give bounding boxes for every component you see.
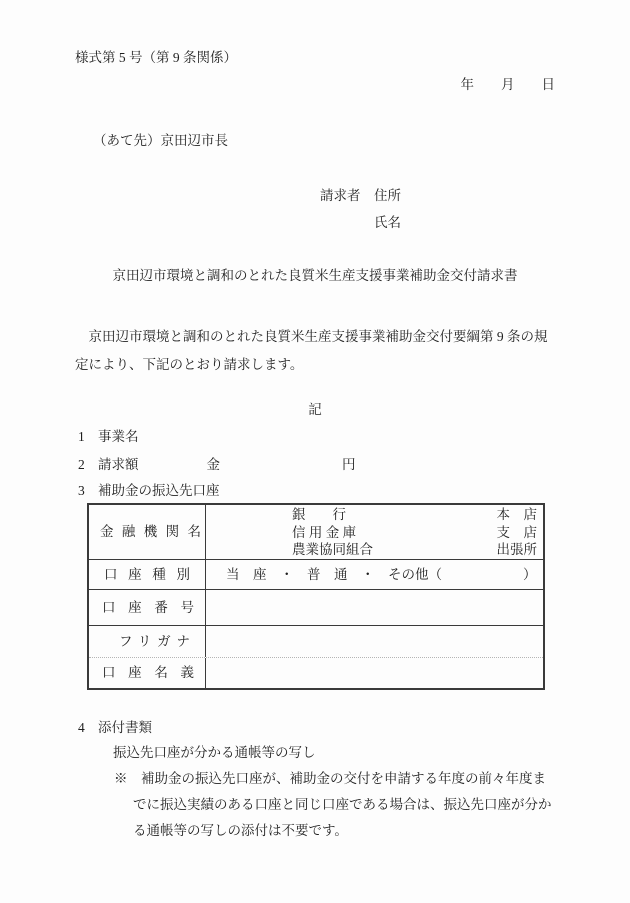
financial-institution-field: 銀 行 本 店 信 用 金 庫 支 店 農業協同組合 出張所 [206, 505, 543, 559]
body-paragraph-line2: 定により、下記のとおり請求します。 [75, 351, 555, 379]
body-paragraph-line1: 京田辺市環境と調和のとれた良質米生産支援事業補助金交付要綱第 9 条の規 [75, 323, 555, 351]
note-line1: ※ 補助金の振込先口座が、補助金の交付を申請する年度の前々年度ま [114, 766, 555, 792]
amount-suffix-yen: 円 [342, 456, 356, 474]
body-paragraph: 京田辺市環境と調和のとれた良質米生産支援事業補助金交付要綱第 9 条の規 定によ… [75, 323, 555, 379]
label-furigana: フリガナ [89, 626, 206, 657]
amount-prefix-kin: 金 [207, 456, 221, 474]
item-label: 添付書類 [98, 719, 152, 737]
attachment-note: ※ 補助金の振込先口座が、補助金の交付を申請する年度の前々年度ま でに振込実績の… [75, 766, 555, 844]
list-item-business-name: 1 事業名 [75, 428, 555, 446]
form-number: 様式第 5 号（第 9 条関係） [75, 49, 555, 67]
item-number: 4 [75, 719, 98, 737]
requester-address-label: 請求者 住所 [320, 187, 555, 205]
label-account-type: 口座種別 [89, 560, 206, 589]
item-number: 3 [75, 482, 98, 500]
table-row-account-number: 口座番号 [89, 589, 543, 625]
account-name-field [206, 658, 543, 688]
institution-option-shinkin: 信 用 金 庫 支 店 [292, 524, 537, 542]
table-row-furigana: フリガナ [89, 625, 543, 657]
document-page: 様式第 5 号（第 9 条関係） 年 月 日 （あて先）京田辺市長 請求者 住所… [0, 0, 630, 903]
item-number: 2 [75, 456, 98, 474]
addressee: （あて先）京田辺市長 [93, 132, 555, 150]
label-financial-institution: 金融機関名 [89, 505, 206, 559]
list-item-transfer-account: 3 補助金の振込先口座 [75, 482, 555, 500]
list-item-attachments: 4 添付書類 [75, 719, 555, 737]
bank-account-table: 金融機関名 銀 行 本 店 信 用 金 庫 支 店 農業協同組合 出張所 口座種… [87, 503, 545, 690]
note-line2: でに振込実績のある口座と同じ口座である場合は、振込先口座が分か [133, 792, 555, 818]
ki-heading: 記 [75, 401, 555, 419]
institution-option-bank: 銀 行 本 店 [292, 506, 537, 524]
item-label: 請求額 [98, 456, 139, 474]
label-account-number: 口座番号 [89, 590, 206, 625]
item-number: 1 [75, 428, 98, 446]
account-number-field [206, 590, 543, 625]
institution-option-ja: 農業協同組合 出張所 [292, 541, 537, 559]
date-line: 年 月 日 [75, 76, 555, 94]
list-item-claim-amount: 2 請求額 金 円 [75, 456, 555, 474]
attachment-description: 振込先口座が分かる通帳等の写し [113, 744, 555, 762]
table-row-account-name: 口座名義 [89, 657, 543, 688]
document-title: 京田辺市環境と調和のとれた良質米生産支援事業補助金交付請求書 [75, 267, 555, 285]
item-label: 補助金の振込先口座 [98, 482, 220, 500]
requester-name-label: 氏名 [374, 214, 555, 232]
account-type-field: 当 座 ・ 普 通 ・ その他（ ） [206, 560, 543, 589]
label-account-name: 口座名義 [89, 658, 206, 688]
note-line3: る通帳等の写しの添付は不要です。 [133, 818, 555, 844]
item-label: 事業名 [98, 428, 139, 446]
table-row-financial-institution: 金融機関名 銀 行 本 店 信 用 金 庫 支 店 農業協同組合 出張所 [89, 505, 543, 559]
table-row-account-type: 口座種別 当 座 ・ 普 通 ・ その他（ ） [89, 559, 543, 589]
furigana-field [206, 626, 543, 657]
